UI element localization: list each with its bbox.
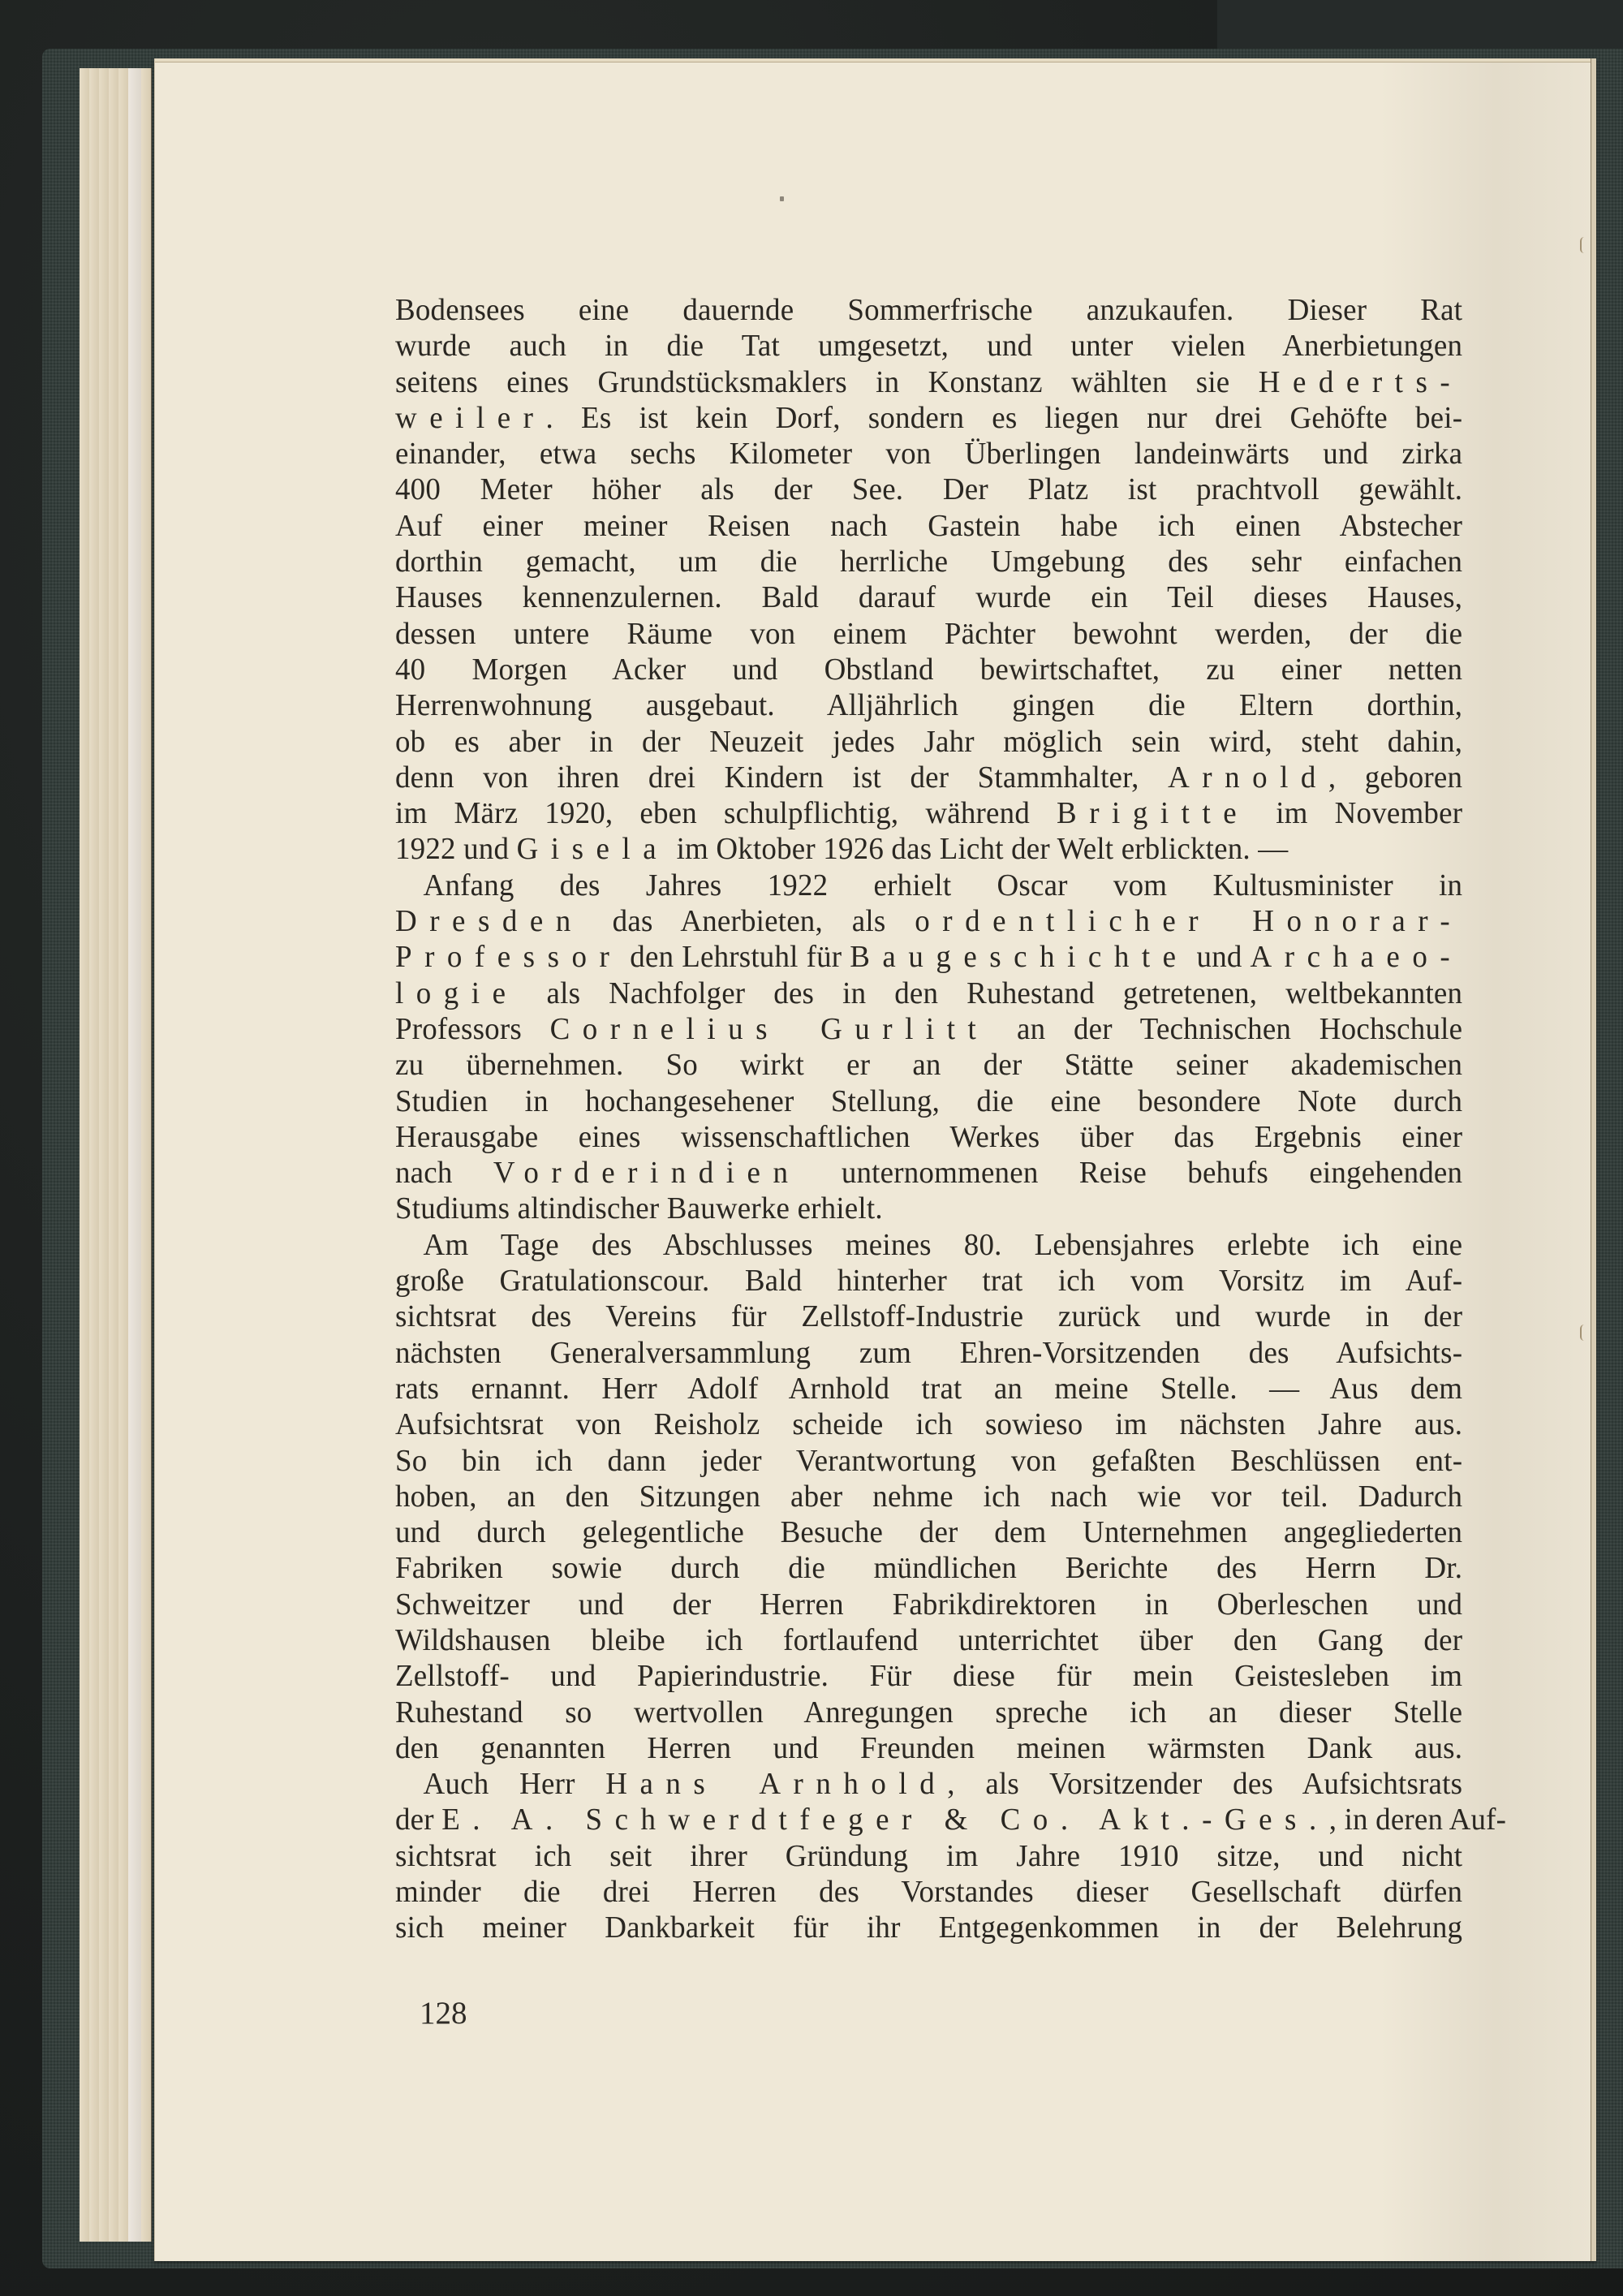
text-run: Studien in hochangesehener Stellung, die… bbox=[395, 1084, 1462, 1118]
text-line: Professor den Lehrstuhl für Baugeschicht… bbox=[395, 939, 1462, 975]
text-run: nach bbox=[395, 1156, 493, 1190]
text-line: Professors Cornelius Gurlitt an der Tech… bbox=[395, 1011, 1462, 1047]
text-run: Professors bbox=[395, 1012, 550, 1046]
text-run: dessen untere Räume von einem Pächter be… bbox=[395, 617, 1462, 651]
page-top-edge bbox=[155, 58, 1596, 62]
text-line: Wildshausen bleibe ich fortlaufend unter… bbox=[395, 1622, 1462, 1658]
spaced-emphasis: Cornelius Gurlitt bbox=[550, 1012, 989, 1046]
text-run: den Lehrstuhl für bbox=[622, 940, 850, 974]
spaced-emphasis: Professor bbox=[395, 940, 622, 974]
text-run: zu übernehmen. So wirkt er an der Stätte… bbox=[395, 1048, 1462, 1082]
text-run: , geboren bbox=[1328, 760, 1462, 795]
text-line: Aufsichtsrat von Reisholz scheide ich so… bbox=[395, 1406, 1462, 1442]
text-line: und durch gelegentliche Besuche der dem … bbox=[395, 1514, 1462, 1550]
spaced-emphasis: Vorderindien bbox=[493, 1156, 801, 1190]
page-tear-mark bbox=[1580, 1325, 1590, 1341]
text-line: minder die drei Herren des Vorstandes di… bbox=[395, 1874, 1462, 1910]
text-line: dorthin gemacht, um die herrliche Umgebu… bbox=[395, 544, 1462, 579]
text-line: Anfang des Jahres 1922 erhielt Oscar vom… bbox=[395, 868, 1462, 903]
text-run: sichtsrat ich seit ihrer Gründung im Jah… bbox=[395, 1839, 1462, 1873]
spaced-emphasis: Hans Arnhold bbox=[605, 1767, 947, 1801]
text-line: Fabriken sowie durch die mündlichen Beri… bbox=[395, 1550, 1462, 1586]
text-line: Herausgabe eines wissenschaftlichen Werk… bbox=[395, 1119, 1462, 1155]
text-line: ob es aber in der Neuzeit jedes Jahr mög… bbox=[395, 724, 1462, 760]
text-line: Auch Herr Hans Arnhold, als Vorsitzender… bbox=[395, 1766, 1462, 1802]
spaced-emphasis: logie bbox=[395, 976, 519, 1010]
spaced-emphasis: Baugeschichte bbox=[850, 940, 1188, 974]
text-run: , in deren Auf- bbox=[1329, 1803, 1506, 1837]
spaced-emphasis: E. A. Schwerdtfeger & Co. Akt.-Ges. bbox=[441, 1803, 1329, 1837]
text-run: als Nachfolger des in den Ruhestand getr… bbox=[519, 976, 1463, 1010]
spaced-emphasis: Dresden bbox=[395, 904, 583, 938]
page-right-edge bbox=[1591, 58, 1596, 2261]
text-run: denn von ihren drei Kindern ist der Stam… bbox=[395, 760, 1168, 795]
text-run: und durch gelegentliche Besuche der dem … bbox=[395, 1515, 1462, 1549]
text-line: 1922 und Gisela im Oktober 1926 das Lich… bbox=[395, 831, 1462, 867]
text-line: logie als Nachfolger des in den Ruhestan… bbox=[395, 976, 1462, 1011]
text-run: im November bbox=[1249, 796, 1462, 830]
text-run: Auch Herr bbox=[424, 1767, 606, 1801]
text-run: sich meiner Dankbarkeit für ihr Entgegen… bbox=[395, 1910, 1462, 1945]
text-line: große Gratulationscour. Bald hinterher t… bbox=[395, 1263, 1462, 1299]
text-run: Fabriken sowie durch die mündlichen Beri… bbox=[395, 1551, 1462, 1585]
text-run: , als Vorsitzender des Aufsichtsrats bbox=[947, 1767, 1462, 1801]
text-line: Schweitzer und der Herren Fabrikdirektor… bbox=[395, 1587, 1462, 1622]
text-line: wurde auch in die Tat umgesetzt, und unt… bbox=[395, 328, 1462, 364]
page-edges-stack bbox=[80, 68, 161, 2242]
text-line: Studiums altindischer Bauwerke erhielt. bbox=[395, 1191, 1462, 1226]
text-line: nach Vorderindien unternommenen Reise be… bbox=[395, 1155, 1462, 1191]
text-line: 40 Morgen Acker und Obstland bewirtschaf… bbox=[395, 652, 1462, 687]
text-line: seitens eines Grundstücksmaklers in Kons… bbox=[395, 364, 1462, 400]
text-run: nächsten Generalversammlung zum Ehren-Vo… bbox=[395, 1336, 1462, 1370]
text-run: der bbox=[395, 1803, 441, 1837]
text-line: denn von ihren drei Kindern ist der Stam… bbox=[395, 760, 1462, 795]
text-run: Ruhestand so wertvollen Anregungen sprec… bbox=[395, 1695, 1462, 1730]
text-line: Ruhestand so wertvollen Anregungen sprec… bbox=[395, 1695, 1462, 1730]
text-run: Aufsichtsrat von Reisholz scheide ich so… bbox=[395, 1407, 1462, 1441]
text-run: wurde auch in die Tat umgesetzt, und unt… bbox=[395, 329, 1462, 363]
text-line: weiler. Es ist kein Dorf, sondern es lie… bbox=[395, 400, 1462, 436]
text-run: Herausgabe eines wissenschaftlichen Werk… bbox=[395, 1120, 1462, 1154]
spaced-emphasis: ordentlicher Honorar- bbox=[915, 904, 1462, 938]
text-run: seitens eines Grundstücksmaklers in Kons… bbox=[395, 365, 1259, 399]
text-run: So bin ich dann jeder Verantwortung von … bbox=[395, 1444, 1462, 1478]
text-line: So bin ich dann jeder Verantwortung von … bbox=[395, 1443, 1462, 1479]
text-line: Dresden das Anerbieten, als ordentlicher… bbox=[395, 903, 1462, 939]
text-run: rats ernannt. Herr Adolf Arnhold trat an… bbox=[395, 1372, 1462, 1406]
text-run: und bbox=[1189, 940, 1251, 974]
text-run: Herrenwohnung ausgebaut. Alljährlich gin… bbox=[395, 688, 1462, 722]
page-edge bbox=[128, 68, 142, 2242]
text-line: der E. A. Schwerdtfeger & Co. Akt.-Ges.,… bbox=[395, 1802, 1462, 1837]
paper-speck bbox=[780, 196, 784, 201]
text-line: sichtsrat ich seit ihrer Gründung im Jah… bbox=[395, 1838, 1462, 1874]
page-edge bbox=[141, 68, 152, 2242]
text-run: Auf einer meiner Reisen nach Gastein hab… bbox=[395, 509, 1462, 543]
text-run: . Es ist kein Dorf, sondern es liegen nu… bbox=[545, 401, 1462, 435]
text-run: 1922 und bbox=[395, 832, 517, 866]
text-run: 40 Morgen Acker und Obstland bewirtschaf… bbox=[395, 653, 1462, 687]
text-line: Auf einer meiner Reisen nach Gastein hab… bbox=[395, 508, 1462, 544]
book-page: Bodensees eine dauernde Sommerfrische an… bbox=[154, 58, 1596, 2261]
text-line: nächsten Generalversammlung zum Ehren-Vo… bbox=[395, 1335, 1462, 1371]
text-line: Hauses kennenzulernen. Bald darauf wurde… bbox=[395, 579, 1462, 615]
text-run: sichtsrat des Vereins für Zellstoff-Indu… bbox=[395, 1299, 1462, 1333]
text-line: Am Tage des Abschlusses meines 80. Leben… bbox=[395, 1227, 1462, 1263]
text-run: 400 Meter höher als der See. Der Platz i… bbox=[395, 472, 1462, 506]
text-line: Bodensees eine dauernde Sommerfrische an… bbox=[395, 292, 1462, 328]
text-line: den genannten Herren und Freunden meinen… bbox=[395, 1730, 1462, 1766]
text-line: dessen untere Räume von einem Pächter be… bbox=[395, 616, 1462, 652]
text-line: rats ernannt. Herr Adolf Arnhold trat an… bbox=[395, 1371, 1462, 1406]
text-line: sich meiner Dankbarkeit für ihr Entgegen… bbox=[395, 1910, 1462, 1945]
text-run: minder die drei Herren des Vorstandes di… bbox=[395, 1875, 1462, 1909]
spaced-emphasis: Hederts- bbox=[1259, 365, 1462, 399]
text-run: Wildshausen bleibe ich fortlaufend unter… bbox=[395, 1623, 1462, 1657]
page-tear-mark bbox=[1580, 237, 1590, 253]
text-line: 400 Meter höher als der See. Der Platz i… bbox=[395, 472, 1462, 507]
spaced-emphasis: Brigitte bbox=[1057, 796, 1249, 830]
text-run: im März 1920, eben schulpflichtig, währe… bbox=[395, 796, 1057, 830]
text-run: Am Tage des Abschlusses meines 80. Leben… bbox=[424, 1228, 1463, 1262]
text-run: Studiums altindischer Bauwerke erhielt. bbox=[395, 1191, 883, 1226]
text-run: große Gratulationscour. Bald hinterher t… bbox=[395, 1264, 1462, 1298]
text-line: Herrenwohnung ausgebaut. Alljährlich gin… bbox=[395, 687, 1462, 723]
text-run: dorthin gemacht, um die herrliche Umgebu… bbox=[395, 545, 1462, 579]
text-run: Zellstoff- und Papierindustrie. Für dies… bbox=[395, 1659, 1462, 1693]
spaced-emphasis: Archaeo- bbox=[1251, 940, 1463, 974]
text-run: unternommenen Reise behufs eingehenden bbox=[800, 1156, 1462, 1190]
text-run: den genannten Herren und Freunden meinen… bbox=[395, 1731, 1462, 1765]
text-run: Schweitzer und der Herren Fabrikdirektor… bbox=[395, 1587, 1462, 1622]
text-line: zu übernehmen. So wirkt er an der Stätte… bbox=[395, 1047, 1462, 1083]
spaced-emphasis: Arnold bbox=[1168, 760, 1328, 795]
text-run: Bodensees eine dauernde Sommerfrische an… bbox=[395, 293, 1462, 327]
text-run: Hauses kennenzulernen. Bald darauf wurde… bbox=[395, 580, 1462, 614]
body-text: Bodensees eine dauernde Sommerfrische an… bbox=[395, 292, 1462, 1946]
spaced-emphasis: weiler bbox=[395, 401, 545, 435]
text-line: hoben, an den Sitzungen aber nehme ich n… bbox=[395, 1479, 1462, 1514]
text-run: ob es aber in der Neuzeit jedes Jahr mög… bbox=[395, 725, 1462, 759]
text-run: Anfang des Jahres 1922 erhielt Oscar vom… bbox=[424, 868, 1463, 902]
spaced-emphasis: Gisela bbox=[517, 832, 669, 866]
text-run: an der Technischen Hochschule bbox=[988, 1012, 1462, 1046]
text-line: im März 1920, eben schulpflichtig, währe… bbox=[395, 795, 1462, 831]
text-line: einander, etwa sechs Kilometer von Überl… bbox=[395, 436, 1462, 472]
text-line: Zellstoff- und Papierindustrie. Für dies… bbox=[395, 1658, 1462, 1694]
text-run: das Anerbieten, als bbox=[583, 904, 915, 938]
text-run: im Oktober 1926 das Licht der Welt erbli… bbox=[669, 832, 1288, 866]
text-line: Studien in hochangesehener Stellung, die… bbox=[395, 1083, 1462, 1119]
text-line: sichtsrat des Vereins für Zellstoff-Indu… bbox=[395, 1299, 1462, 1334]
text-run: hoben, an den Sitzungen aber nehme ich n… bbox=[395, 1480, 1462, 1514]
text-run: einander, etwa sechs Kilometer von Überl… bbox=[395, 437, 1462, 471]
page-number: 128 bbox=[420, 1995, 467, 2031]
